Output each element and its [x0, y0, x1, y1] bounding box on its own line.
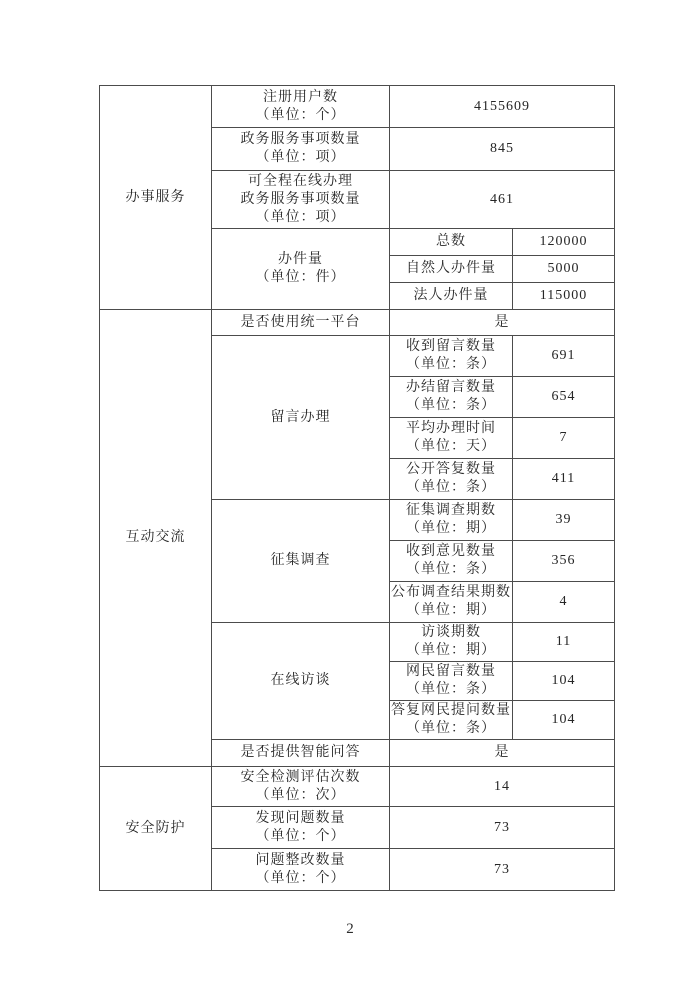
sub-indicator-cell: 平均办理时间 （单位：天） — [390, 418, 513, 459]
indicator-cell: 留言办理 — [212, 336, 390, 500]
sub-indicator-label: 办结留言数量 — [390, 379, 512, 397]
sub-indicator-unit: （单位：条） — [390, 356, 512, 374]
value-cell: 4 — [513, 582, 615, 623]
sub-indicator-label: 收到留言数量 — [390, 338, 512, 356]
indicator-table: 办事服务 注册用户数 （单位：个） 4155609 政务服务事项数量 （单位：项… — [99, 85, 615, 891]
sub-indicator-cell: 公开答复数量 （单位：条） — [390, 459, 513, 500]
sub-indicator-unit: （单位：条） — [390, 397, 512, 415]
value-cell: 115000 — [513, 283, 615, 310]
category-cell: 互动交流 — [100, 310, 212, 767]
value-cell: 11 — [513, 623, 615, 662]
indicator-cell: 办件量 （单位：件） — [212, 229, 390, 310]
value-cell: 845 — [390, 128, 615, 171]
sub-indicator-unit: （单位：条） — [390, 681, 512, 699]
indicator-label: 政务服务事项数量 — [212, 131, 389, 149]
value-cell: 461 — [390, 171, 615, 229]
document-page: 办事服务 注册用户数 （单位：个） 4155609 政务服务事项数量 （单位：项… — [0, 0, 700, 990]
value-cell: 654 — [513, 377, 615, 418]
sub-indicator-unit: （单位：期） — [390, 520, 512, 538]
sub-indicator-cell: 网民留言数量 （单位：条） — [390, 662, 513, 701]
sub-indicator-cell: 公布调查结果期数 （单位：期） — [390, 582, 513, 623]
sub-indicator-label: 访谈期数 — [390, 624, 512, 642]
value-cell: 356 — [513, 541, 615, 582]
value-cell: 411 — [513, 459, 615, 500]
sub-indicator-cell: 办结留言数量 （单位：条） — [390, 377, 513, 418]
value-cell: 14 — [390, 767, 615, 807]
indicator-label: 问题整改数量 — [212, 852, 389, 870]
sub-indicator-cell: 征集调查期数 （单位：期） — [390, 500, 513, 541]
value-cell: 39 — [513, 500, 615, 541]
table-row: 互动交流 是否使用统一平台 是 — [100, 310, 615, 336]
indicator-unit: （单位：项） — [212, 149, 389, 167]
sub-indicator-label: 公布调查结果期数 — [390, 584, 512, 602]
indicator-cell: 是否使用统一平台 — [212, 310, 390, 336]
table-row: 安全防护 安全检测评估次数 （单位：次） 14 — [100, 767, 615, 807]
indicator-label: 安全检测评估次数 — [212, 769, 389, 787]
indicator-cell: 安全检测评估次数 （单位：次） — [212, 767, 390, 807]
sub-indicator-cell: 收到留言数量 （单位：条） — [390, 336, 513, 377]
sub-indicator-cell: 总数 — [390, 229, 513, 256]
indicator-cell: 注册用户数 （单位：个） — [212, 86, 390, 128]
value-cell: 104 — [513, 701, 615, 740]
sub-indicator-unit: （单位：期） — [390, 602, 512, 620]
indicator-cell: 可全程在线办理 政务服务事项数量 （单位：项） — [212, 171, 390, 229]
table-row: 办事服务 注册用户数 （单位：个） 4155609 — [100, 86, 615, 128]
value-cell: 是 — [390, 740, 615, 767]
indicator-cell: 征集调查 — [212, 500, 390, 623]
sub-indicator-label: 网民留言数量 — [390, 663, 512, 681]
sub-indicator-label: 征集调查期数 — [390, 502, 512, 520]
indicator-cell: 问题整改数量 （单位：个） — [212, 849, 390, 891]
sub-indicator-cell: 收到意见数量 （单位：条） — [390, 541, 513, 582]
indicator-cell: 在线访谈 — [212, 623, 390, 740]
indicator-unit: （单位：个） — [212, 870, 389, 888]
indicator-label: 发现问题数量 — [212, 810, 389, 828]
indicator-cell: 发现问题数量 （单位：个） — [212, 807, 390, 849]
sub-indicator-cell: 答复网民提问数量 （单位：条） — [390, 701, 513, 740]
indicator-unit: （单位：项） — [212, 209, 389, 227]
sub-indicator-unit: （单位：条） — [390, 479, 512, 497]
category-cell: 办事服务 — [100, 86, 212, 310]
sub-indicator-label: 答复网民提问数量 — [390, 702, 512, 720]
indicator-label: 办件量 — [212, 251, 389, 269]
indicator-label: 可全程在线办理 — [212, 173, 389, 191]
indicator-cell: 是否提供智能问答 — [212, 740, 390, 767]
indicator-unit: （单位：次） — [212, 787, 389, 805]
sub-indicator-cell: 访谈期数 （单位：期） — [390, 623, 513, 662]
indicator-label: 注册用户数 — [212, 89, 389, 107]
sub-indicator-label: 平均办理时间 — [390, 420, 512, 438]
indicator-cell: 政务服务事项数量 （单位：项） — [212, 128, 390, 171]
value-cell: 是 — [390, 310, 615, 336]
value-cell: 73 — [390, 849, 615, 891]
value-cell: 120000 — [513, 229, 615, 256]
sub-indicator-unit: （单位：条） — [390, 561, 512, 579]
value-cell: 691 — [513, 336, 615, 377]
value-cell: 7 — [513, 418, 615, 459]
indicator-unit: （单位：个） — [212, 107, 389, 125]
indicator-unit: （单位：件） — [212, 269, 389, 287]
indicator-unit: （单位：个） — [212, 828, 389, 846]
value-cell: 104 — [513, 662, 615, 701]
sub-indicator-unit: （单位：天） — [390, 438, 512, 456]
value-cell: 5000 — [513, 256, 615, 283]
sub-indicator-unit: （单位：期） — [390, 642, 512, 660]
page-number: 2 — [0, 921, 700, 938]
sub-indicator-cell: 法人办件量 — [390, 283, 513, 310]
sub-indicator-label: 收到意见数量 — [390, 543, 512, 561]
category-cell: 安全防护 — [100, 767, 212, 891]
sub-indicator-unit: （单位：条） — [390, 720, 512, 738]
indicator-label: 政务服务事项数量 — [212, 191, 389, 209]
value-cell: 73 — [390, 807, 615, 849]
sub-indicator-label: 公开答复数量 — [390, 461, 512, 479]
sub-indicator-cell: 自然人办件量 — [390, 256, 513, 283]
value-cell: 4155609 — [390, 86, 615, 128]
report-table-container: 办事服务 注册用户数 （单位：个） 4155609 政务服务事项数量 （单位：项… — [99, 85, 615, 891]
